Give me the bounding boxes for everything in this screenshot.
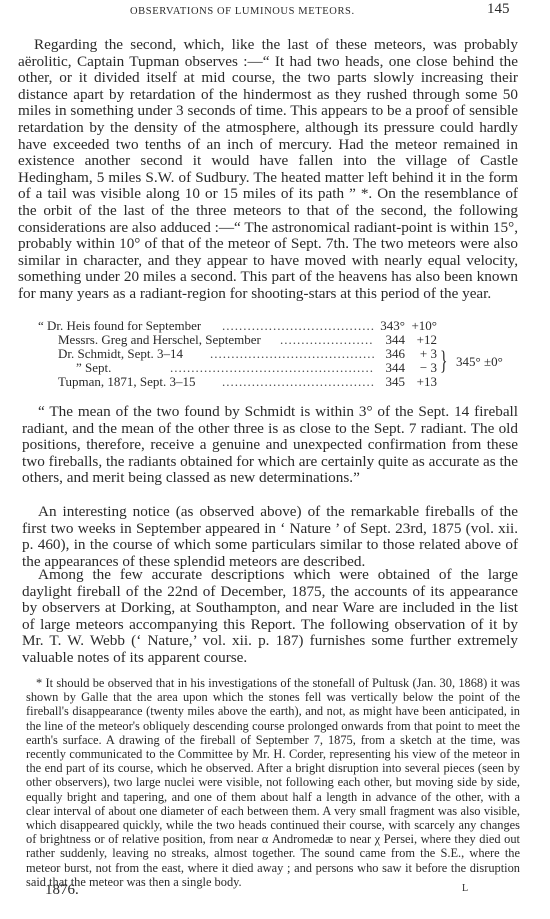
table-row: Tupman, 1871, Sept. 3–15 ...............… — [0, 374, 550, 388]
paragraph-nature-notice: An interesting notice (as observed above… — [22, 504, 518, 570]
book-page: OBSERVATIONS OF LUMINOUS METEORS. 145 Re… — [0, 0, 550, 919]
running-head: OBSERVATIONS OF LUMINOUS METEORS. 145 — [0, 0, 550, 20]
paragraph-tupman-observation: Regarding the second, which, like the la… — [18, 37, 518, 303]
brace-icon: } — [440, 348, 447, 374]
row-label: Tupman, 1871, Sept. 3–15 — [58, 374, 195, 390]
footnotes: * It should be observed that in his inve… — [26, 676, 520, 889]
table-row: “ Dr. Heis found for September .........… — [0, 318, 550, 332]
running-title: OBSERVATIONS OF LUMINOUS METEORS. — [130, 6, 355, 17]
table-row: Messrs. Greg and Herschel, September ...… — [0, 332, 550, 346]
declination: +13 — [411, 374, 437, 390]
right-ascension: 345 — [379, 374, 405, 390]
bracketed-mean: 345° ±0° — [456, 354, 503, 370]
paragraph-schmidt-mean: “ The mean of the two found by Schmidt i… — [22, 404, 518, 487]
signature-year: 1876. — [45, 882, 79, 899]
signature-mark: L — [462, 883, 468, 894]
page-number: 145 — [487, 1, 510, 18]
paragraph-december-fireball: Among the few accurate descriptions whic… — [22, 567, 518, 667]
leader-dots: ........................................… — [222, 374, 374, 390]
footnote-pultusk: * It should be observed that in his inve… — [26, 676, 520, 889]
